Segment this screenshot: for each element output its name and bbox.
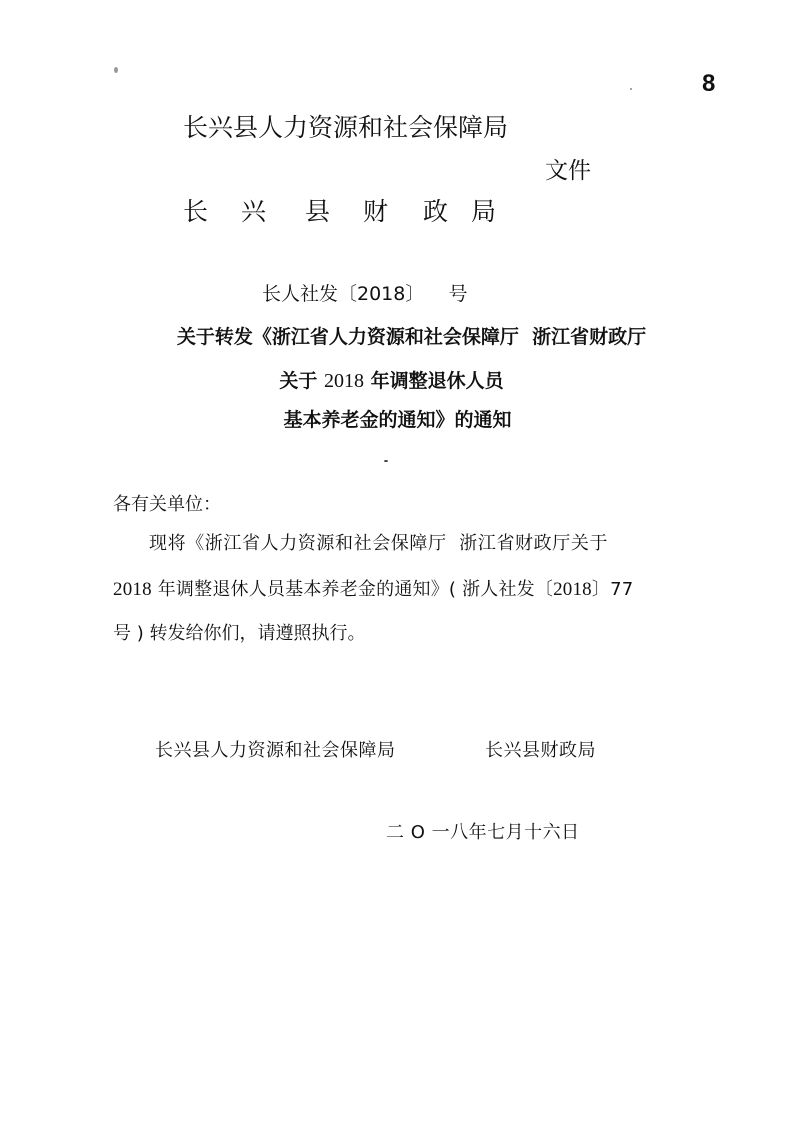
issuer-name-finance-bureau: 长兴县财政局 xyxy=(183,192,496,228)
title-line-1: 关于转发《浙江省人力资源和社会保障厅 浙江省财政厅 xyxy=(14,322,795,349)
title-line-2-suffix: 年调整退休人员 xyxy=(364,370,504,392)
body-line-2-end: 〕77 xyxy=(592,579,634,600)
scan-speck xyxy=(630,88,632,90)
body-year: 2018 xyxy=(113,579,152,600)
body-line-1: 现将《浙江省人力资源和社会保障厅 浙江省财政厅关于 xyxy=(149,529,608,555)
title-year: 2018 xyxy=(324,370,364,392)
issuer-char: 县 xyxy=(305,192,363,228)
issuer-char: 局 xyxy=(471,192,496,228)
salutation: 各有关单位： xyxy=(113,490,221,516)
body-line-2-text: 年调整退休人员基本养老金的通知》( 浙人社发〔 xyxy=(152,579,553,600)
title-line-3: 基本养老金的通知》的通知 xyxy=(0,405,795,432)
issuer-char: 兴 xyxy=(241,192,305,228)
scan-speck xyxy=(114,67,118,73)
issuer-char: 长 xyxy=(183,192,241,228)
issuer-char: 财 xyxy=(363,192,423,228)
scan-speck xyxy=(384,460,388,462)
document-type-label: 文件 xyxy=(545,152,591,185)
document-number: 长人社发〔2018〕 号 xyxy=(262,279,468,306)
signature-hr-bureau: 长兴县人力资源和社会保障局 xyxy=(155,736,396,762)
page-number: 8 xyxy=(702,70,715,98)
title-line-2: 关于 2018 年调整退休人员 xyxy=(0,366,789,393)
body-year-2: 2018 xyxy=(553,579,592,600)
body-line-2: 2018 年调整退休人员基本养老金的通知》( 浙人社发〔2018〕77 xyxy=(113,575,633,601)
body-line-3: 号 ) 转发给你们，请遵照执行。 xyxy=(113,619,365,645)
signature-finance-bureau: 长兴县财政局 xyxy=(485,736,596,762)
title-line-2-prefix: 关于 xyxy=(279,370,324,392)
issuer-name-hr-bureau: 长兴县人力资源和社会保障局 xyxy=(183,108,508,144)
issuer-char: 政 xyxy=(423,192,471,228)
issue-date: 二 O 一八年七月十六日 xyxy=(386,818,580,844)
